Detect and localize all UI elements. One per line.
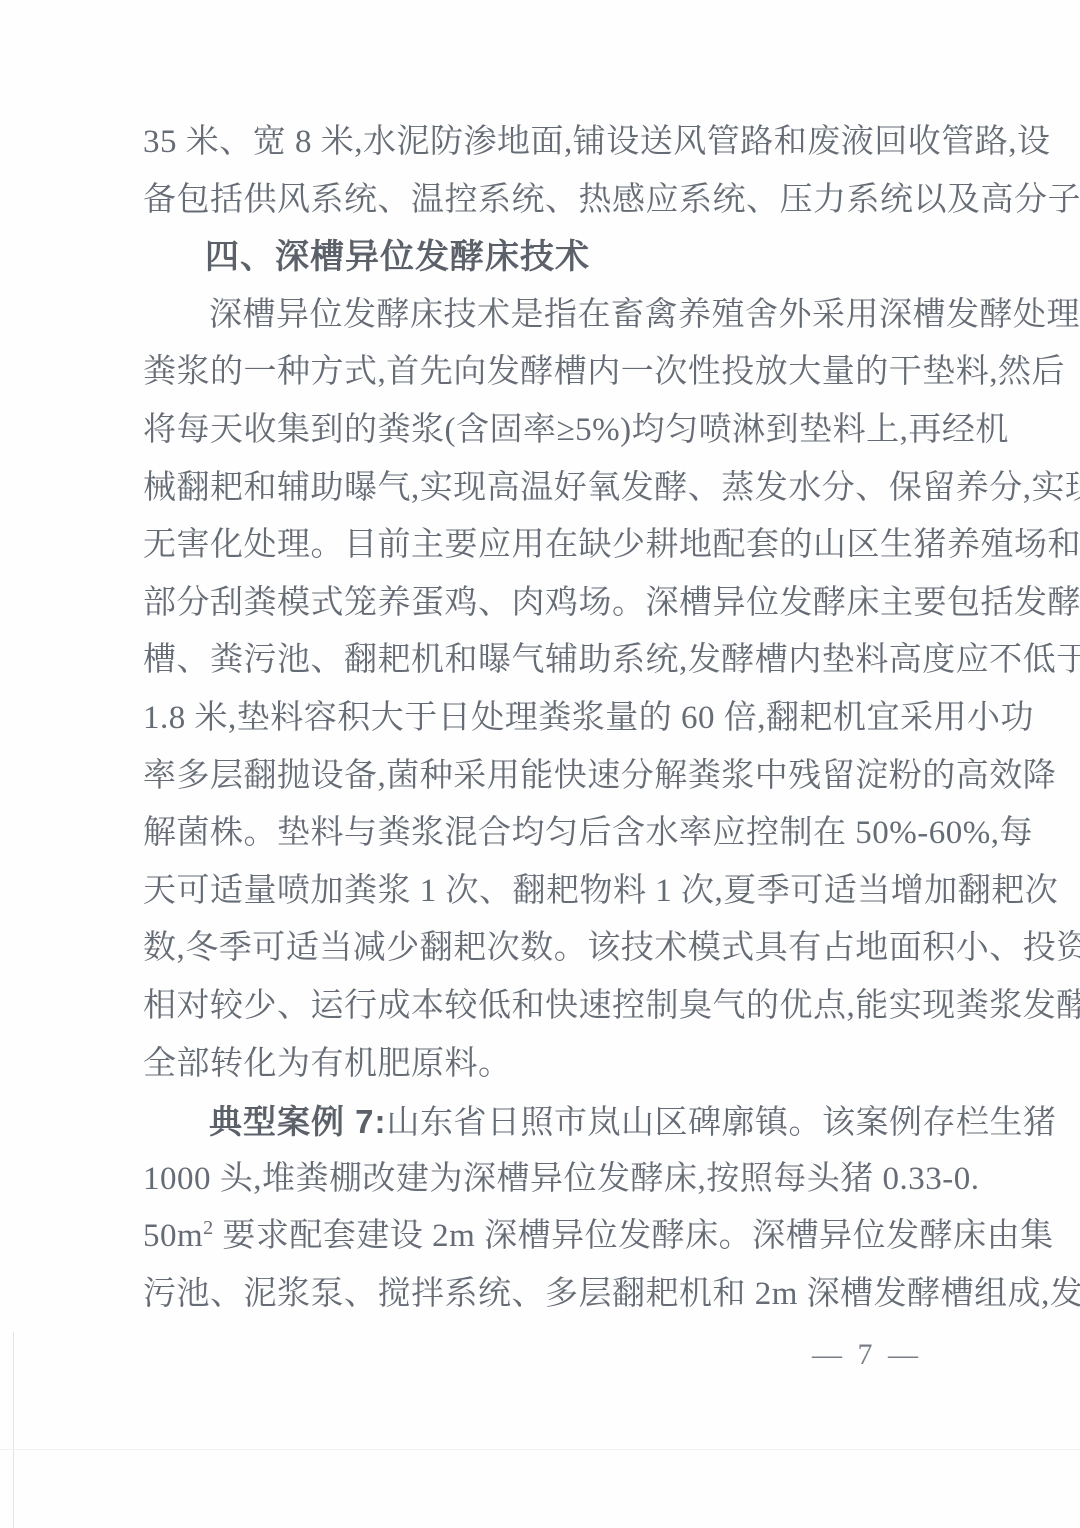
body-line: 率多层翻抛设备,菌种采用能快速分解粪浆中残留淀粉的高效降: [143, 748, 949, 806]
body-line: 槽、粪污池、翻耙机和曝气辅助系统,发酵槽内垫料高度应不低于: [143, 632, 949, 690]
case-paragraph-first-line: 典型案例 7:山东省日照市岚山区碑廓镇。该案例存栏生猪: [143, 1093, 949, 1151]
square-meter-superscript: 2: [203, 1217, 214, 1239]
scan-artifact-vertical-line: [13, 1332, 14, 1528]
body-line: 深槽异位发酵床技术是指在畜禽养殖舍外采用深槽发酵处理: [143, 287, 949, 345]
body-line: 部分刮粪模式笼养蛋鸡、肉鸡场。深槽异位发酵床主要包括发酵: [143, 575, 949, 633]
page-number: — 7 —: [812, 1326, 922, 1383]
case-first-line-text: 山东省日照市岚山区碑廓镇。该案例存栏生猪: [387, 1105, 1057, 1141]
case-superscript-line: 50m2 要求配套建设 2m 深槽异位发酵床。深槽异位发酵床由集: [143, 1208, 949, 1266]
body-line: 将每天收集到的粪浆(含固率≥5%)均匀喷淋到垫料上,再经机: [143, 402, 949, 460]
body-line: 1000 头,堆粪棚改建为深槽异位发酵床,按照每头猪 0.33-0.: [143, 1151, 949, 1209]
scan-artifact-horizontal-line: [0, 1449, 1080, 1450]
document-page: 35 米、宽 8 米,水泥防渗地面,铺设送风管路和废液回收管路,设 备包括供风系…: [0, 0, 1080, 1528]
body-line: 全部转化为有机肥原料。: [143, 1036, 949, 1094]
case-label: 典型案例 7:: [209, 1103, 387, 1140]
body-line: 无害化处理。目前主要应用在缺少耕地配套的山区生猪养殖场和: [143, 517, 949, 575]
body-line: 备包括供风系统、温控系统、热感应系统、压力系统以及高分子膜。: [143, 172, 949, 230]
body-line: 天可适量喷加粪浆 1 次、翻耙物料 1 次,夏季可适当增加翻耙次: [143, 863, 949, 921]
body-line: 污池、泥浆泵、搅拌系统、多层翻耙机和 2m 深槽发酵槽组成,发酵: [143, 1266, 949, 1324]
body-line: 数,冬季可适当减少翻耙次数。该技术模式具有占地面积小、投资: [143, 920, 949, 978]
body-line: 35 米、宽 8 米,水泥防渗地面,铺设送风管路和废液回收管路,设: [143, 114, 949, 172]
body-line: 械翻耙和辅助曝气,实现高温好氧发酵、蒸发水分、保留养分,实现: [143, 460, 949, 518]
section-heading: 四、深槽异位发酵床技术: [143, 229, 949, 287]
document-text-block: 35 米、宽 8 米,水泥防渗地面,铺设送风管路和废液回收管路,设 备包括供风系…: [143, 114, 949, 1323]
case-line3-prefix: 50m: [143, 1218, 203, 1254]
body-line: 解菌株。垫料与粪浆混合均匀后含水率应控制在 50%-60%,每: [143, 805, 949, 863]
body-line: 相对较少、运行成本较低和快速控制臭气的优点,能实现粪浆发酵: [143, 978, 949, 1036]
case-line3-text: 要求配套建设 2m 深槽异位发酵床。深槽异位发酵床由集: [214, 1218, 1054, 1254]
body-line: 1.8 米,垫料容积大于日处理粪浆量的 60 倍,翻耙机宜采用小功: [143, 690, 949, 748]
body-line: 粪浆的一种方式,首先向发酵槽内一次性投放大量的干垫料,然后: [143, 344, 949, 402]
